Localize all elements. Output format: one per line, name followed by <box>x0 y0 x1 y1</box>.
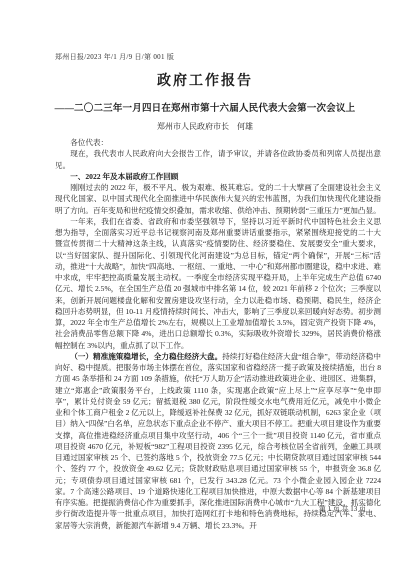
section-heading: 一、2022 年及本届政府工作回顾 <box>55 171 381 182</box>
page-footer: 第 1 页 共 13 页 <box>319 504 366 514</box>
paragraph: 刚刚过去的 2022 年，极不平凡、极为艰难、极其难忘。党的二十大擘画了全面建设… <box>55 182 381 216</box>
byline: 郑州市人民政府市长 何雄 <box>0 121 410 132</box>
paragraph-intro: 现在，我代表市人民政府向大会报告工作，请予审议，并请各位政协委员和列席人员提出意… <box>55 148 381 171</box>
masthead: 郑州日报/2023 年/1 月/9 日/第 001 版 <box>55 52 174 62</box>
doc-subtitle: ——二〇二三年一月四日在郑州市第十六届人民代表大会第一次会议上 <box>0 100 410 114</box>
page-title: 政府工作报告 <box>0 70 410 90</box>
document-body: 各位代表： 现在，我代表市人民政府向大会报告工作，请予审议，并请各位政协委员和列… <box>55 137 381 531</box>
paragraph-rest: 持续打好稳住经济大盘“组合拳”，带动经济稳中向好、稳中提质。把服务市场主体摆在首… <box>55 352 381 530</box>
salutation: 各位代表： <box>55 137 381 148</box>
paragraph-lead: （一）精准施策稳增长，全力稳住经济大盘。 <box>70 352 222 361</box>
newspaper-page: 郑州日报/2023 年/1 月/9 日/第 001 版 政府工作报告 ——二〇二… <box>0 0 410 580</box>
paragraph: 一年来，我们在省委、省政府和市委坚强领导下，坚持以习近平新时代中国特色社会主义思… <box>55 216 381 351</box>
